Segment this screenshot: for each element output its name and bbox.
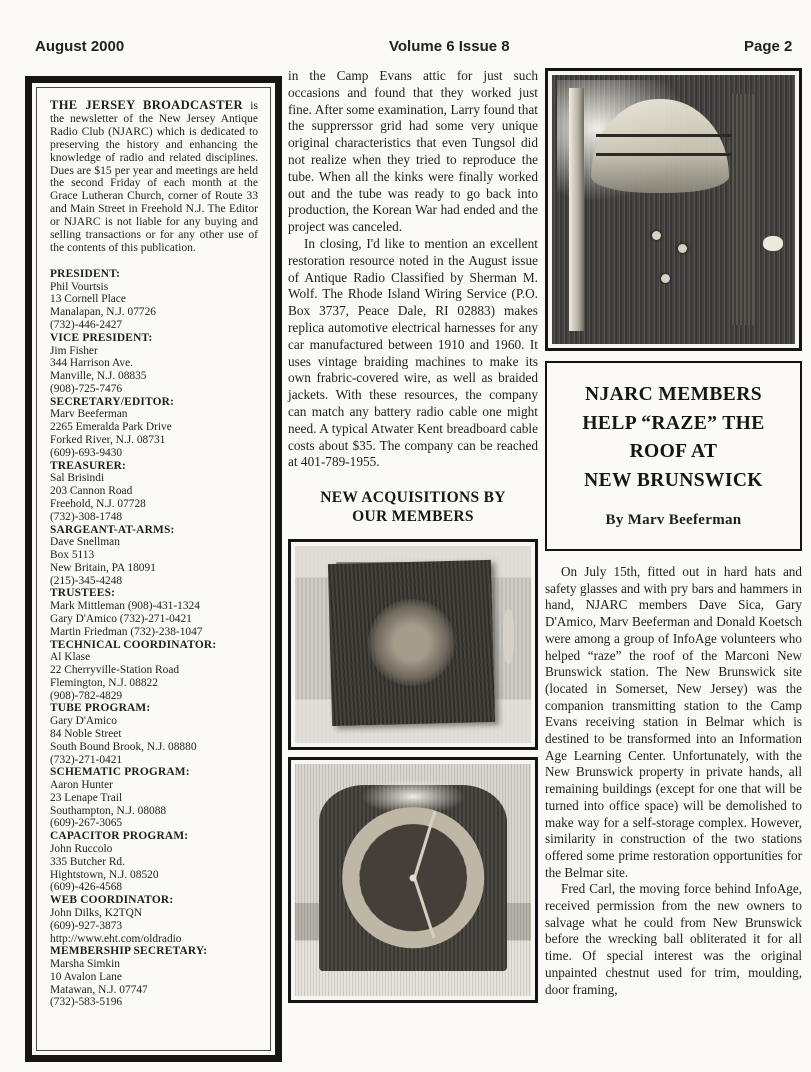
officer-details: Aaron Hunter 23 Lenape Trail Southampton…	[50, 779, 258, 830]
officer-role: TECHNICAL COORDINATOR:	[50, 639, 216, 651]
officer-entry: SECRETARY/EDITOR:Marv Beeferman 2265 Eme…	[50, 396, 258, 460]
officer-entry: SCHEMATIC PROGRAM:Aaron Hunter 23 Lenape…	[50, 766, 258, 830]
right-column: NJARC MEMBERS HELP “RAZE” THE ROOF AT NE…	[545, 68, 802, 998]
officer-role: MEMBERSHIP SECRETARY:	[50, 945, 207, 957]
officer-role: TRUSTEES:	[50, 587, 115, 599]
officer-details: John Dilks, K2TQN (609)-927-3873 http://…	[50, 907, 258, 945]
middle-column: in the Camp Evans attic for just such oc…	[288, 68, 538, 1003]
clock-dial-radio-photo	[288, 757, 538, 1003]
officer-details: Dave Snellman Box 5113 New Britain, PA 1…	[50, 536, 258, 587]
cube-radio-photo	[288, 539, 538, 750]
officer-role: SCHEMATIC PROGRAM:	[50, 766, 190, 778]
article-continuation-paragraph: in the Camp Evans attic for just such oc…	[288, 68, 538, 236]
article-headline-box: NJARC MEMBERS HELP “RAZE” THE ROOF AT NE…	[545, 361, 802, 551]
article-byline: By Marv Beeferman	[606, 512, 742, 529]
officer-role: SARGEANT-AT-ARMS:	[50, 524, 175, 536]
officer-role: PRESIDENT:	[50, 268, 120, 280]
officer-entry: SARGEANT-AT-ARMS:Dave Snellman Box 5113 …	[50, 524, 258, 588]
masthead-sidebar-box: THE JERSEY BROADCASTER is the newsletter…	[25, 76, 282, 1062]
officer-details: Marsha Simkin 10 Avalon Lane Matawan, N.…	[50, 958, 258, 1009]
officer-entry: MEMBERSHIP SECRETARY:Marsha Simkin 10 Av…	[50, 945, 258, 1009]
transmitter-equipment-photo-image	[552, 75, 795, 344]
transmitter-equipment-photo	[545, 68, 802, 351]
page-header: August 2000 Volume 6 Issue 8 Page 2	[0, 38, 811, 62]
officer-details: Al Klase 22 Cherryville-Station Road Fle…	[50, 651, 258, 702]
officer-entry: TECHNICAL COORDINATOR:Al Klase 22 Cherry…	[50, 639, 258, 703]
officer-entry: TUBE PROGRAM:Gary D'Amico 84 Noble Stree…	[50, 702, 258, 766]
officer-details: Phil Vourtsis 13 Cornell Place Manalapan…	[50, 281, 258, 332]
club-intro-paragraph: THE JERSEY BROADCASTER is the newsletter…	[50, 99, 258, 255]
officer-entry: TRUSTEES:Mark Mittleman (908)-431-1324 G…	[50, 587, 258, 638]
cube-radio-photo-image	[295, 546, 531, 743]
masthead-inner: THE JERSEY BROADCASTER is the newsletter…	[36, 87, 271, 1051]
officer-details: Marv Beeferman 2265 Emeralda Park Drive …	[50, 408, 258, 459]
officer-role: TREASURER:	[50, 460, 126, 472]
officer-entry: VICE PRESIDENT:Jim Fisher 344 Harrison A…	[50, 332, 258, 396]
new-acquisitions-heading: NEW ACQUISITIONS BY OUR MEMBERS	[288, 488, 538, 526]
header-page-number: Page 2	[744, 38, 792, 55]
clock-dial-radio-photo-image	[295, 764, 531, 996]
raze-article-paragraph-1: On July 15th, fitted out in hard hats an…	[545, 564, 802, 881]
officer-details: Jim Fisher 344 Harrison Ave. Manville, N…	[50, 345, 258, 396]
officer-role: VICE PRESIDENT:	[50, 332, 152, 344]
club-intro-text: is the newsletter of the New Jersey Anti…	[50, 99, 258, 254]
officer-role: WEB COORDINATOR:	[50, 894, 173, 906]
officer-role: CAPACITOR PROGRAM:	[50, 830, 188, 842]
newsletter-page: August 2000 Volume 6 Issue 8 Page 2 THE …	[0, 0, 811, 1072]
officer-details: Gary D'Amico 84 Noble Street South Bound…	[50, 715, 258, 766]
officers-list: PRESIDENT:Phil Vourtsis 13 Cornell Place…	[50, 268, 258, 1009]
officer-entry: TREASURER:Sal Brisindi 203 Cannon Road F…	[50, 460, 258, 524]
officer-details: Mark Mittleman (908)-431-1324 Gary D'Ami…	[50, 600, 258, 638]
header-volume-issue: Volume 6 Issue 8	[389, 38, 510, 55]
officer-entry: CAPACITOR PROGRAM:John Ruccolo 335 Butch…	[50, 830, 258, 894]
officer-details: John Ruccolo 335 Butcher Rd. Hightstown,…	[50, 843, 258, 894]
article-headline: NJARC MEMBERS HELP “RAZE” THE ROOF AT NE…	[582, 381, 764, 495]
officer-role: SECRETARY/EDITOR:	[50, 396, 174, 408]
article-closing-paragraph: In closing, I'd like to mention an excel…	[288, 236, 538, 471]
newsletter-title: THE JERSEY BROADCASTER	[50, 98, 243, 112]
raze-article-paragraph-2: Fred Carl, the moving force behind InfoA…	[545, 881, 802, 998]
officer-details: Sal Brisindi 203 Cannon Road Freehold, N…	[50, 472, 258, 523]
officer-role: TUBE PROGRAM:	[50, 702, 150, 714]
header-date: August 2000	[35, 38, 124, 55]
officer-entry: WEB COORDINATOR:John Dilks, K2TQN (609)-…	[50, 894, 258, 945]
officer-entry: PRESIDENT:Phil Vourtsis 13 Cornell Place…	[50, 268, 258, 332]
